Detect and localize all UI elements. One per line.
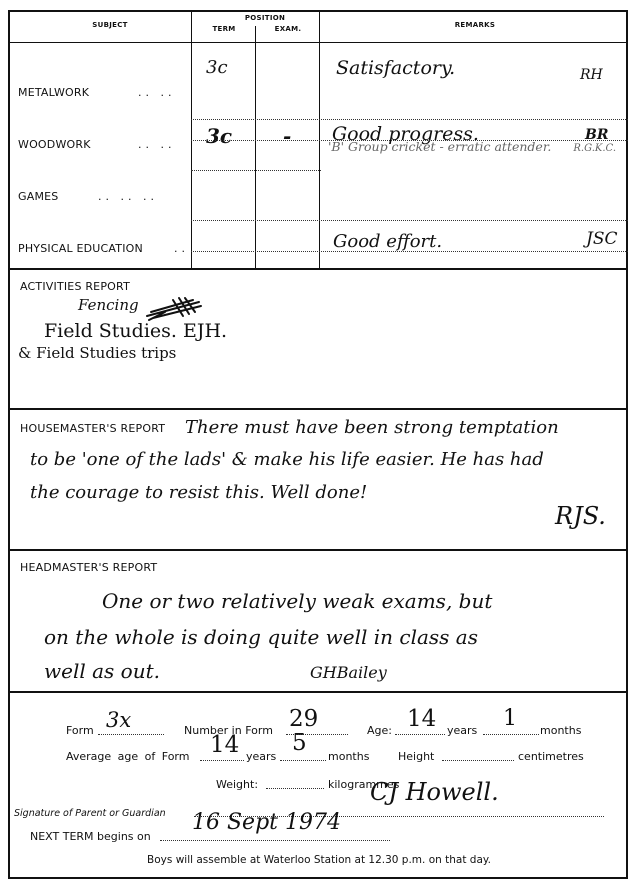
row-divider-metalwork [191, 119, 628, 120]
form-value: 3x [106, 708, 131, 732]
average-age-label: Average age of Form [66, 750, 189, 763]
subject-metalwork: METALWORK [18, 86, 89, 99]
subject-woodwork-leader: .. .. [138, 138, 175, 151]
age-label: Age: [367, 724, 392, 737]
metalwork-remark: Satisfactory. [336, 57, 455, 79]
subject-games-leader: .. .. .. [98, 190, 158, 203]
games-initials: R.G.K.C. [573, 143, 616, 154]
number-in-form-value: 29 [289, 706, 318, 732]
header-exam: EXAM. [257, 25, 319, 33]
row-divider-games [191, 220, 628, 221]
activities-line-1: Fencing [78, 296, 139, 314]
woodwork-exam-position: - [283, 124, 291, 148]
height-field[interactable] [442, 742, 514, 761]
header-position: POSITION [210, 14, 320, 22]
weight-label: Weight: [216, 778, 258, 791]
school-report-sheet: SUBJECT POSITION TERM EXAM. REMARKS META… [8, 10, 628, 879]
age-years-value: 14 [407, 706, 436, 732]
next-term-value: 16 Sept 1974 [192, 810, 341, 835]
games-remark: 'B' Group cricket - erratic attender. R.… [328, 140, 618, 155]
assembly-note: Boys will assemble at Waterloo Station a… [10, 854, 628, 866]
headmaster-signature: GHBailey [310, 663, 387, 682]
section-divider-activities [10, 268, 628, 270]
metalwork-initials: RH [580, 67, 603, 83]
height-label: Height [398, 750, 434, 763]
headmaster-line-1: One or two relatively weak exams, but [102, 589, 492, 613]
next-term-field[interactable]: 16 Sept 1974 [160, 822, 390, 841]
form-label: Form [66, 724, 94, 737]
parent-signature-value: CJ Howell. [370, 778, 499, 806]
housemaster-signature: RJS. [555, 502, 606, 530]
subject-games: GAMES [18, 190, 58, 203]
header-remarks: REMARKS [320, 21, 630, 29]
centimetres-label: centimetres [518, 750, 584, 763]
headmaster-line-3: well as out. [44, 659, 160, 683]
pe-initials: JSC [586, 229, 617, 249]
weight-field[interactable] [266, 770, 324, 789]
average-months-field[interactable]: 5 [280, 742, 326, 761]
average-months-label: months [328, 750, 369, 763]
activities-title: ACTIVITIES REPORT [20, 280, 130, 293]
age-years-field[interactable]: 14 [395, 716, 445, 735]
games-remark-text: 'B' Group cricket - erratic attender. [328, 139, 551, 154]
activities-line-3: & Field Studies trips [18, 344, 176, 362]
average-years-value: 14 [210, 732, 239, 758]
average-years-label: years [246, 750, 276, 763]
subject-woodwork: WOODWORK [18, 138, 91, 151]
subject-metalwork-leader: .. .. [138, 86, 175, 99]
age-months-field[interactable]: 1 [483, 716, 539, 735]
housemaster-line-3: the courage to resist this. Well done! [30, 482, 367, 503]
metalwork-term-position: 3c [206, 57, 228, 78]
column-divider-term [255, 26, 256, 268]
headmaster-line-2: on the whole is doing quite well in clas… [44, 625, 478, 649]
parent-signature-label: Signature of Parent or Guardian [14, 808, 166, 819]
row-divider-pe [191, 251, 628, 252]
woodwork-term-position: 3c [206, 124, 232, 148]
headmaster-title: HEADMASTER'S REPORT [20, 561, 157, 574]
activities-line-2: Field Studies. EJH. [44, 320, 227, 342]
form-field[interactable]: 3x [98, 716, 164, 735]
housemaster-title: HOUSEMASTER'S REPORT [20, 422, 165, 435]
next-term-label: NEXT TERM begins on [30, 830, 151, 843]
header-term: TERM [193, 25, 255, 33]
housemaster-line-1: There must have been strong temptation [185, 417, 559, 438]
subject-physical-education: PHYSICAL EDUCATION [18, 242, 143, 255]
average-years-field[interactable]: 14 [200, 742, 244, 761]
section-divider-footer [10, 691, 628, 693]
section-divider-headmaster [10, 549, 628, 551]
scribble-signature-icon [143, 296, 205, 322]
header-subject: SUBJECT [70, 21, 150, 29]
average-months-value: 5 [292, 730, 307, 756]
section-divider-housemaster [10, 408, 628, 410]
housemaster-line-2: to be 'one of the lads' & make his life … [30, 449, 544, 470]
subject-pe-leader: .. [174, 242, 189, 255]
age-months-label: months [540, 724, 581, 737]
row-divider-woodwork-bottom [191, 170, 321, 171]
age-years-label: years [447, 724, 477, 737]
age-months-value: 1 [503, 706, 517, 731]
pe-remark: Good effort. [333, 231, 442, 252]
